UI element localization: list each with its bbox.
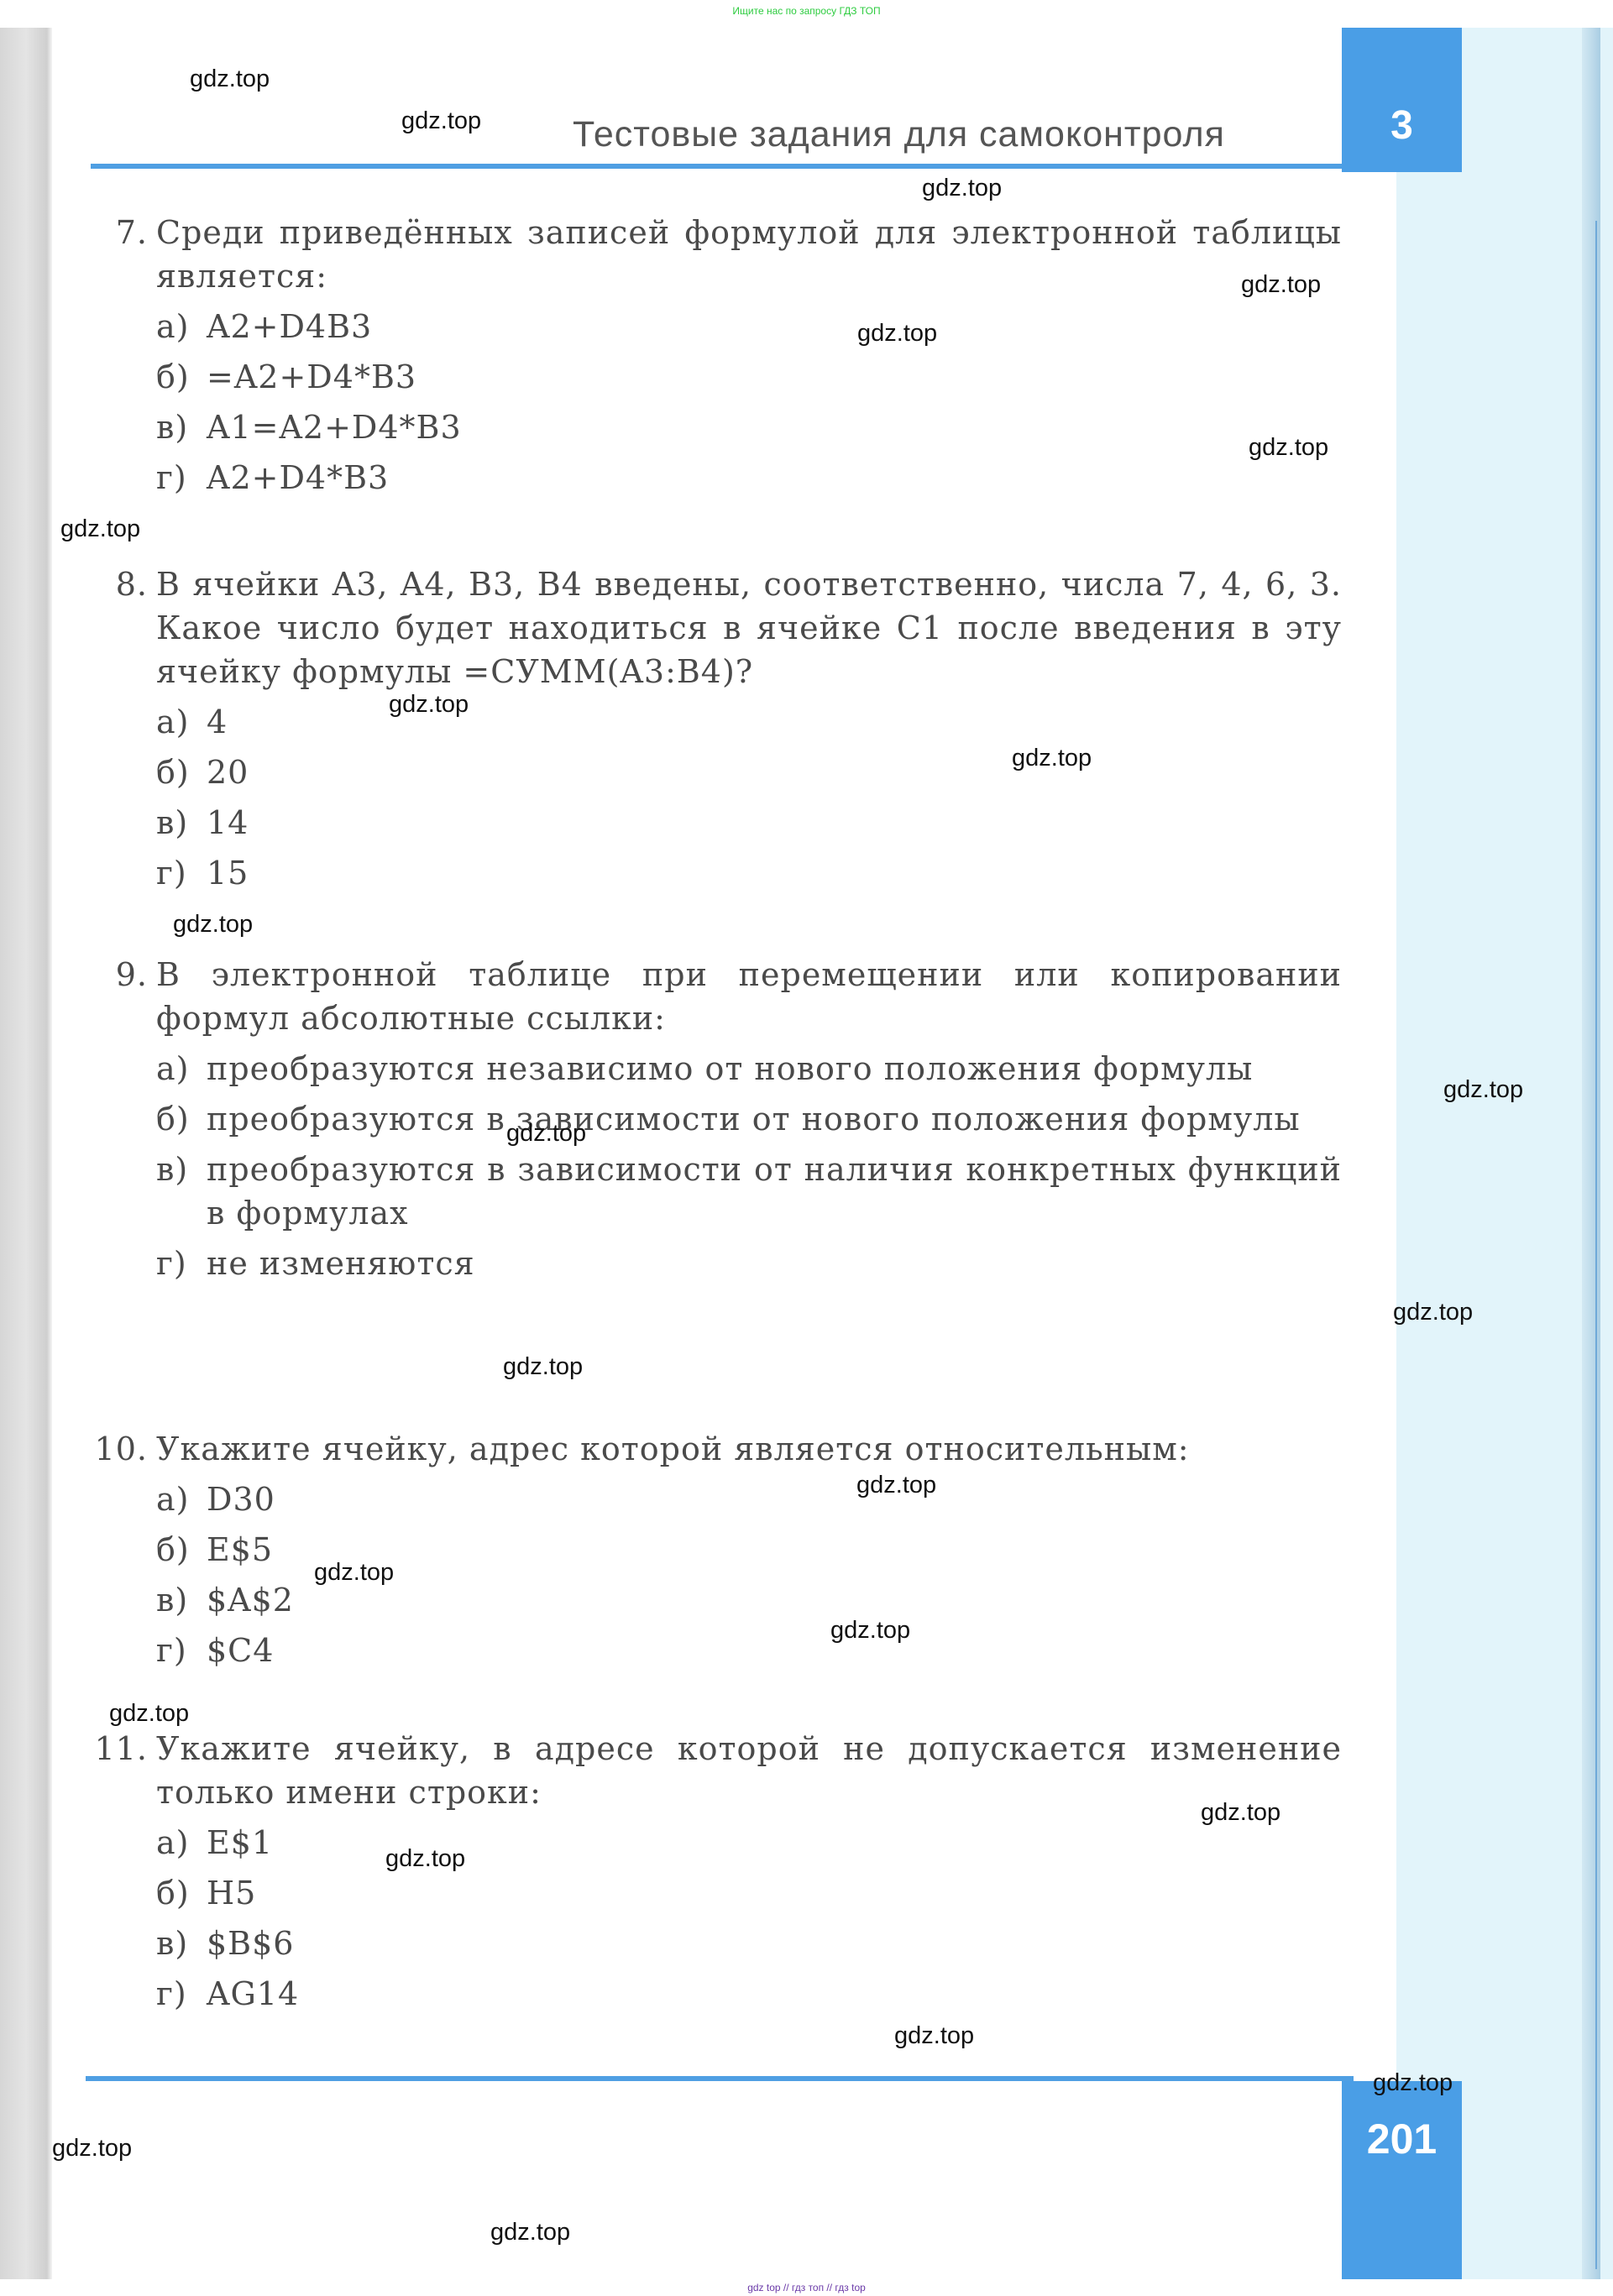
watermark: gdz.top [109, 1700, 189, 1728]
question-number: 10. [79, 1427, 156, 1471]
section-title: Тестовые задания для самоконтроля [573, 114, 1225, 155]
answer-option[interactable]: г)AG14 [91, 1972, 1342, 2016]
question-text: В ячейки A3, A4, B3, B4 введены, соответ… [156, 566, 1342, 690]
watermark: gdz.top [894, 2022, 974, 2050]
answer-option[interactable]: б)преобразуются в зависимости от нового … [91, 1097, 1342, 1141]
question-8: 8. В ячейки A3, A4, B3, B4 введены, соот… [91, 562, 1342, 902]
watermark: gdz.top [1443, 1076, 1523, 1104]
page-number: 201 [1342, 2115, 1462, 2163]
question-text: Укажите ячейку, в адресе которой не допу… [156, 1730, 1342, 1811]
watermark: gdz.top [857, 320, 937, 348]
book-spine-shadow [0, 28, 52, 2279]
question-number: 11. [79, 1727, 156, 1770]
question-number: 7. [91, 211, 156, 254]
watermark: gdz.top [385, 1845, 465, 1873]
answer-option[interactable]: а)преобразуются независимо от нового пол… [91, 1047, 1342, 1090]
page-edge-line [1595, 221, 1597, 2269]
answer-option[interactable]: в)14 [91, 801, 1342, 845]
question-number: 8. [91, 562, 156, 606]
top-banner: Ищите нас по запросу ГДЗ ТОП [0, 0, 1613, 29]
chapter-number: 3 [1342, 106, 1462, 146]
answer-option[interactable]: г)$C4 [91, 1629, 1342, 1672]
watermark: gdz.top [1373, 2069, 1453, 2097]
question-10: 10. Укажите ячейку, адрес которой являет… [91, 1427, 1342, 1679]
answer-options: а)4 б)20 в)14 г)15 [91, 700, 1342, 895]
answer-option[interactable]: б)20 [91, 751, 1342, 794]
watermark: gdz.top [1012, 745, 1092, 772]
watermark: gdz.top [922, 175, 1002, 202]
answer-option[interactable]: в)преобразуются в зависимости от наличия… [91, 1148, 1342, 1235]
question-text: Среди приведённых записей формулой для э… [156, 214, 1342, 295]
page-number-tab: 201 [1342, 2081, 1462, 2279]
textbook-page: Тестовые задания для самоконтроля 3 7. С… [0, 28, 1613, 2279]
watermark: gdz.top [1249, 434, 1328, 462]
watermark: gdz.top [60, 515, 140, 543]
watermark: gdz.top [389, 691, 469, 719]
answer-option[interactable]: б)E$5 [91, 1528, 1342, 1572]
watermark: gdz.top [190, 65, 270, 93]
answer-options: а)преобразуются независимо от нового пол… [91, 1047, 1342, 1285]
answer-options: а)E$1 б)H5 в)$B$6 г)AG14 [91, 1821, 1342, 2016]
watermark: gdz.top [401, 107, 481, 135]
answer-option[interactable]: в)$A$2 [91, 1578, 1342, 1622]
answer-option[interactable]: г)A2+D4*B3 [91, 456, 1342, 499]
answer-option[interactable]: а)E$1 [91, 1821, 1342, 1865]
answer-option[interactable]: б)H5 [91, 1871, 1342, 1915]
answer-option[interactable]: г)15 [91, 851, 1342, 895]
watermark: gdz.top [1201, 1799, 1280, 1827]
answer-option[interactable]: а)D30 [91, 1477, 1342, 1521]
watermark: gdz.top [503, 1353, 583, 1381]
watermark: gdz.top [490, 2219, 570, 2246]
answer-options: а)A2+D4B3 б)=A2+D4*B3 в)A1=A2+D4*B3 г)A2… [91, 305, 1342, 499]
watermark: gdz.top [173, 911, 253, 939]
watermark: gdz.top [1241, 271, 1321, 299]
question-number: 9. [91, 953, 156, 996]
watermark: gdz.top [314, 1559, 394, 1587]
watermark: gdz.top [856, 1472, 936, 1499]
answer-option[interactable]: б)=A2+D4*B3 [91, 355, 1342, 399]
answer-option[interactable]: в)$B$6 [91, 1922, 1342, 1965]
answer-option[interactable]: г)не изменяются [91, 1242, 1342, 1285]
chapter-tab: 3 [1342, 28, 1462, 172]
answer-option[interactable]: а)A2+D4B3 [91, 305, 1342, 348]
answer-option[interactable]: а)4 [91, 700, 1342, 744]
question-11: 11. Укажите ячейку, в адресе которой не … [91, 1727, 1342, 2022]
footer-divider [86, 2076, 1354, 2081]
question-7: 7. Среди приведённых записей формулой дл… [91, 211, 1342, 506]
answer-options: а)D30 б)E$5 в)$A$2 г)$C4 [91, 1477, 1342, 1672]
watermark: gdz.top [1393, 1299, 1473, 1326]
page-edge [1582, 28, 1600, 2279]
question-9: 9. В электронной таблице при перемещении… [91, 953, 1342, 1292]
bottom-banner: gdz top // гдз топ // гдз top [0, 2279, 1613, 2296]
watermark: gdz.top [506, 1120, 586, 1148]
watermark: gdz.top [52, 2135, 132, 2163]
question-text: В электронной таблице при перемещении ил… [156, 956, 1342, 1037]
answer-option[interactable]: в)A1=A2+D4*B3 [91, 405, 1342, 449]
margin-strip [1396, 28, 1613, 2279]
watermark: gdz.top [830, 1617, 910, 1645]
question-text: Укажите ячейку, адрес которой является о… [156, 1430, 1190, 1467]
header-divider [91, 164, 1346, 169]
